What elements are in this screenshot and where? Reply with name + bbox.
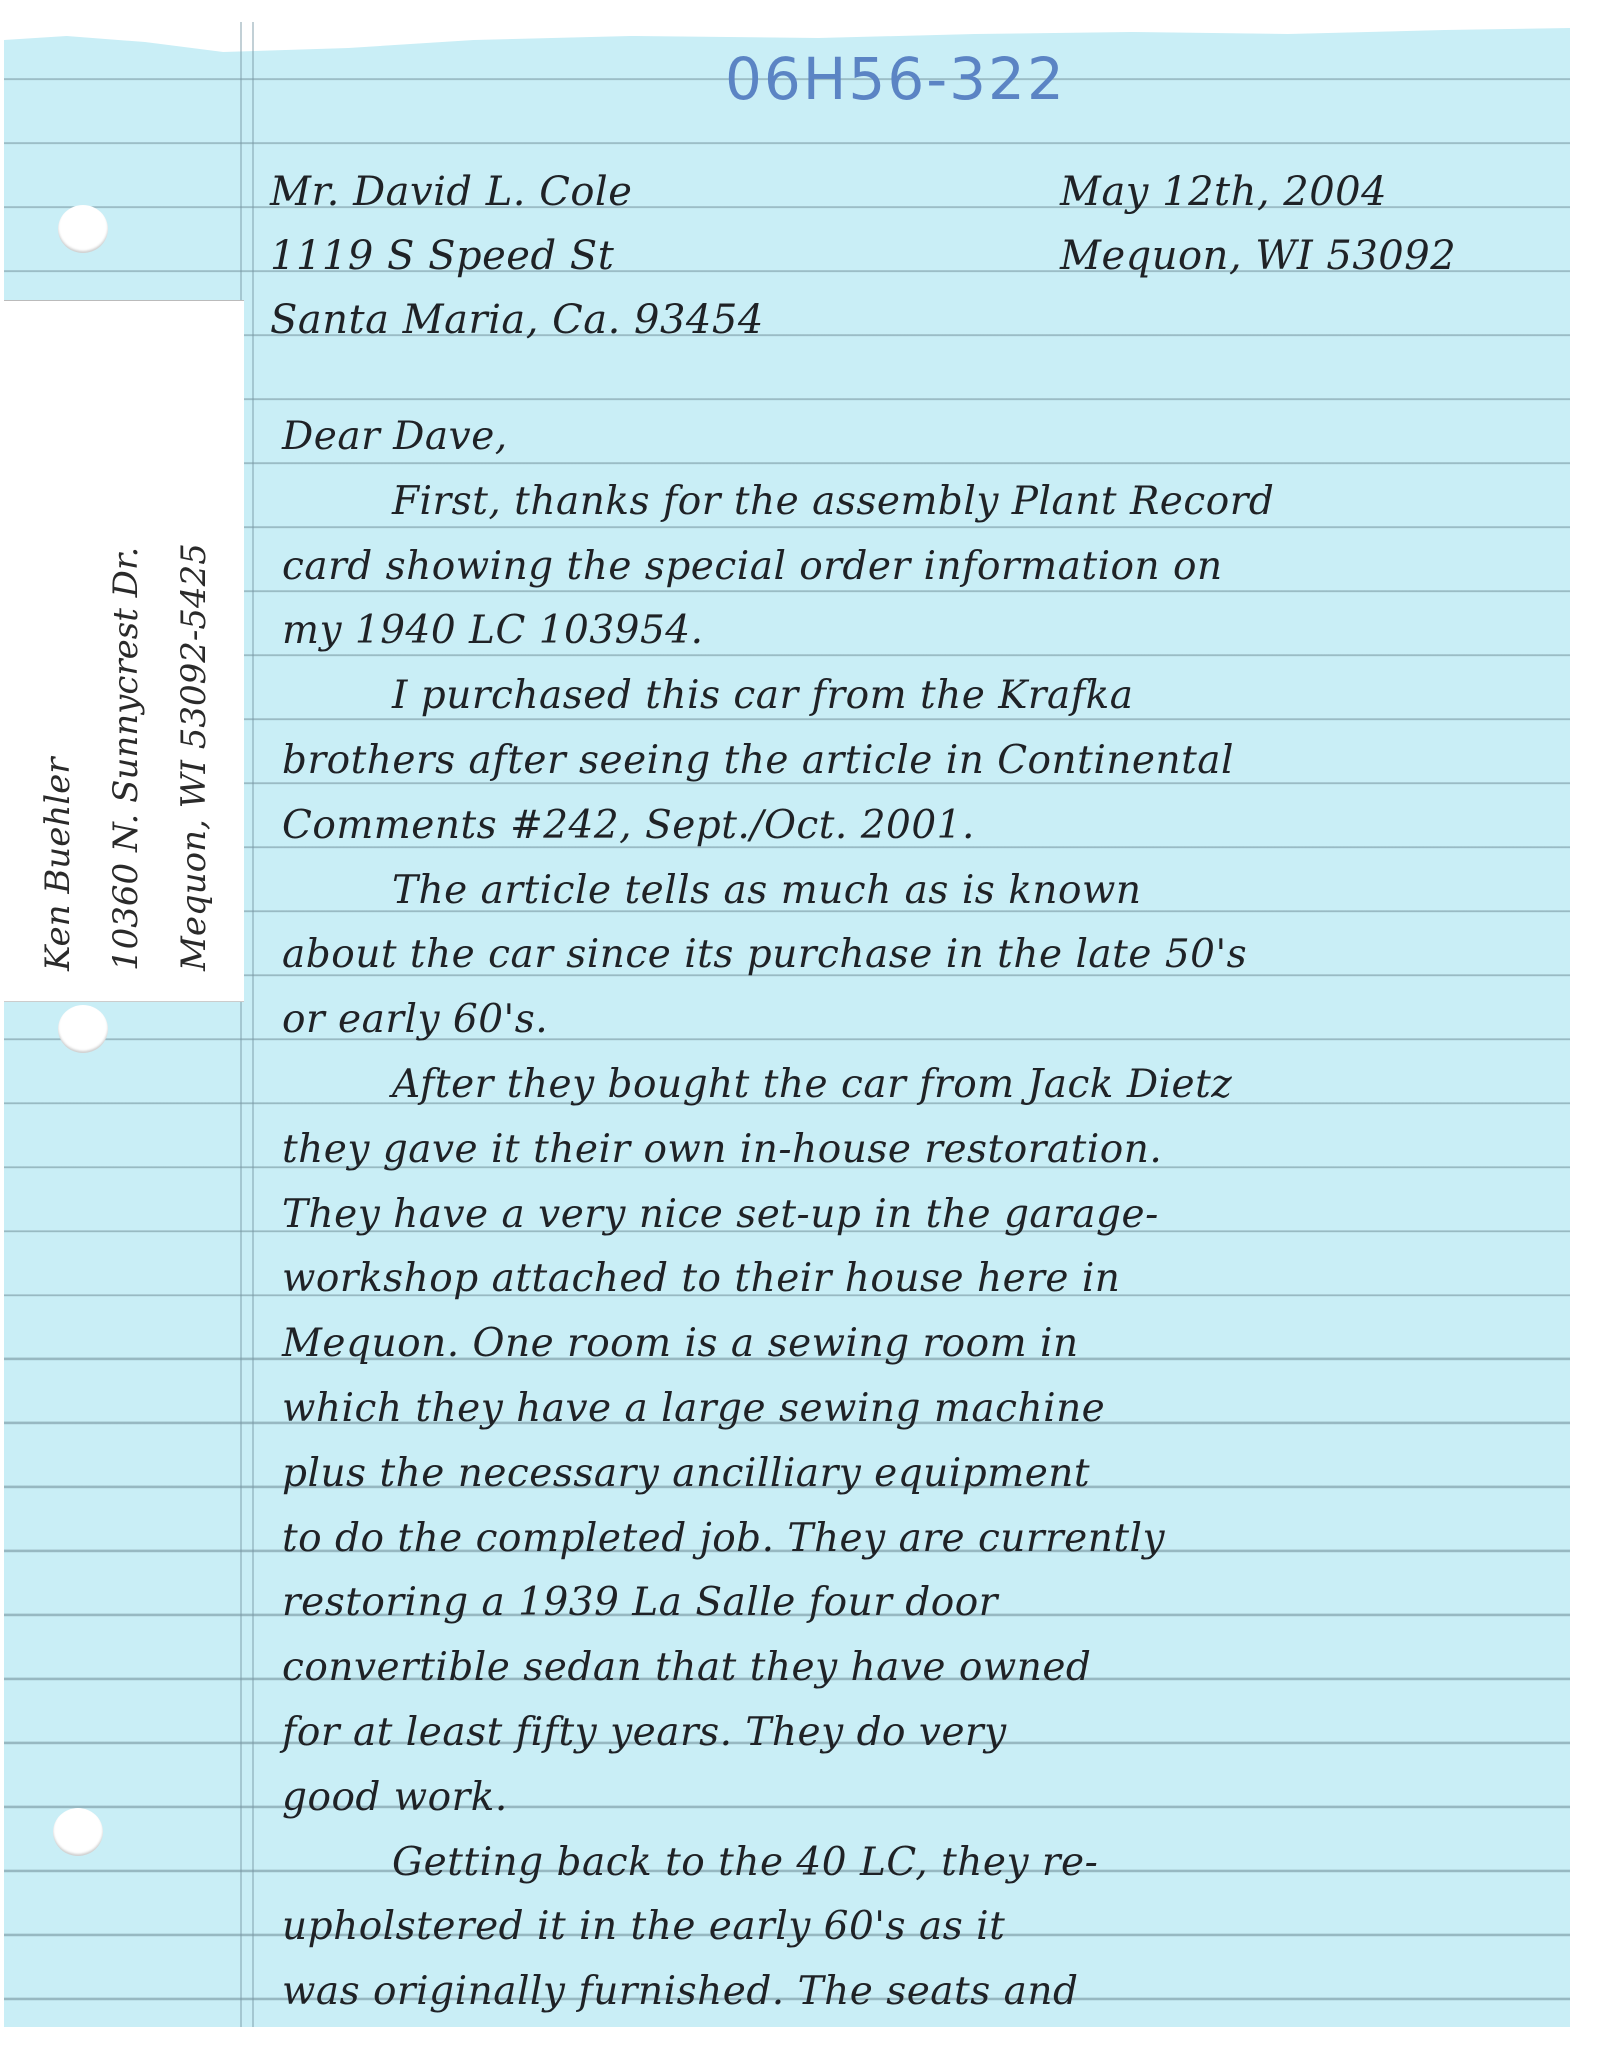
hole-punch-middle [58, 1005, 108, 1053]
letter-line: about the car since its purchase in the … [282, 923, 1274, 988]
letter-line: plus the necessary ancilliary equipment [282, 1442, 1274, 1507]
letter-line: workshop attached to their house here in [282, 1247, 1274, 1312]
reference-number-stamp: 06H56-322 [725, 45, 1066, 113]
letter-line: Mequon. One room is a sewing room in [282, 1312, 1274, 1377]
letter-line: convertible sedan that they have owned [282, 1636, 1274, 1701]
letter-place: Mequon, WI 53092 [1060, 224, 1456, 288]
letter-line: my 1940 LC 103954. [282, 599, 1274, 664]
hole-punch-top [58, 205, 108, 253]
letter-line: After they bought the car from Jack Diet… [282, 1053, 1274, 1118]
hole-punch-bottom [53, 1808, 103, 1856]
recipient-city: Santa Maria, Ca. 93454 [270, 288, 764, 352]
margin-line-right [252, 22, 254, 2027]
letter-line: Getting back to the 40 LC, they re- [282, 1831, 1274, 1896]
letter-line: Dear Dave, [282, 405, 1274, 470]
sender-street: 10360 N. Sunnycrest Dr. [92, 331, 160, 971]
sender-address-label: Ken Buehler 10360 N. Sunnycrest Dr. Mequ… [4, 300, 244, 1002]
letter-body: Dear Dave,First, thanks for the assembly… [282, 405, 1274, 2025]
letter-line: they gave it their own in-house restorat… [282, 1118, 1274, 1183]
recipient-address: Mr. David L. Cole 1119 S Speed St Santa … [270, 160, 764, 352]
letter-line: brothers after seeing the article in Con… [282, 729, 1274, 794]
letter-line: for at least fifty years. They do very [282, 1701, 1274, 1766]
letter-line: card showing the special order informati… [282, 535, 1274, 600]
letter-line: or early 60's. [282, 988, 1274, 1053]
letter-line: to do the completed job. They are curren… [282, 1507, 1274, 1572]
sender-name: Ken Buehler [24, 331, 92, 971]
letter-line: good work. [282, 1766, 1274, 1831]
sender-city: Mequon, WI 53092-5425 [160, 331, 228, 971]
letter-line: The article tells as much as is known [282, 859, 1274, 924]
letter-line: restoring a 1939 La Salle four door [282, 1571, 1274, 1636]
letter-line: which they have a large sewing machine [282, 1377, 1274, 1442]
letter-line: was originally furnished. The seats and [282, 1960, 1274, 2025]
letter-line: upholstered it in the early 60's as it [282, 1895, 1274, 1960]
recipient-street: 1119 S Speed St [270, 224, 764, 288]
letter-line: Comments #242, Sept./Oct. 2001. [282, 794, 1274, 859]
letter-date: May 12th, 2004 [1060, 160, 1456, 224]
dateline: May 12th, 2004 Mequon, WI 53092 [1060, 160, 1456, 288]
recipient-name: Mr. David L. Cole [270, 160, 764, 224]
letter-line: They have a very nice set-up in the gara… [282, 1183, 1274, 1248]
letter-line: First, thanks for the assembly Plant Rec… [282, 470, 1274, 535]
letter-line: I purchased this car from the Krafka [282, 664, 1274, 729]
